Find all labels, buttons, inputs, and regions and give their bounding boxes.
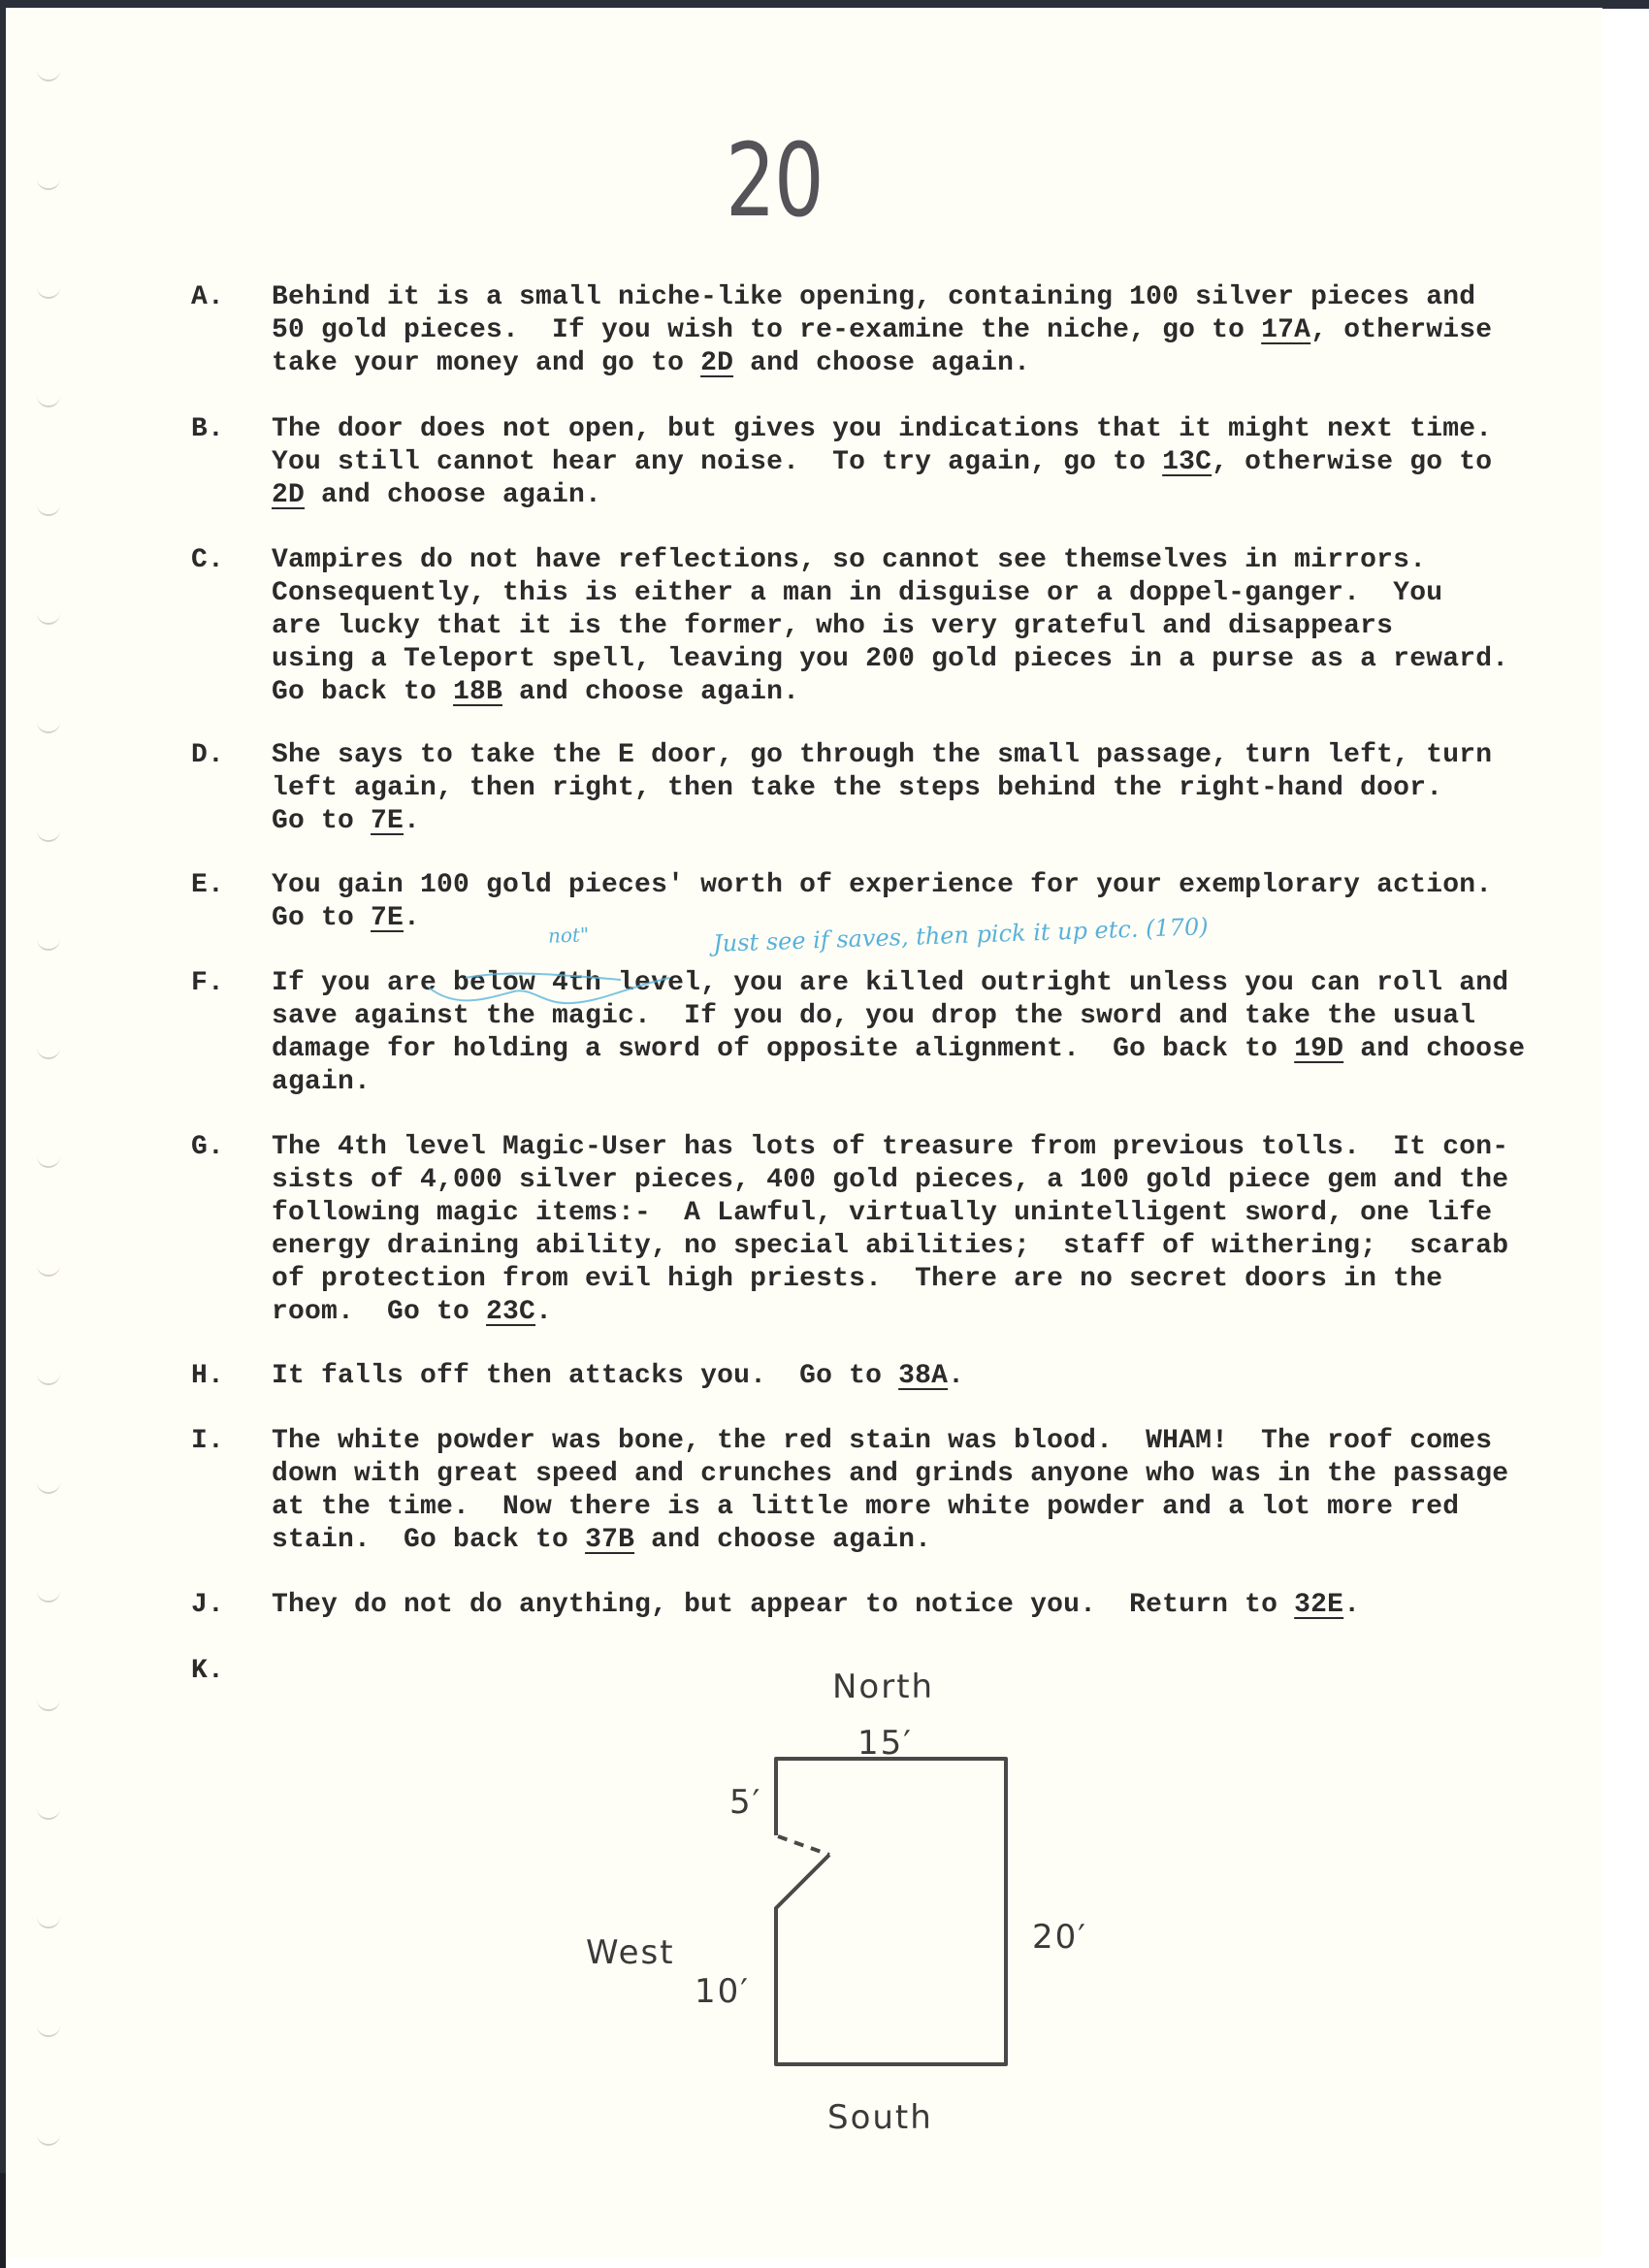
- entry-label: F.: [191, 967, 249, 1000]
- text-line: The white powder was bone, the red stain…: [272, 1425, 1562, 1458]
- text-line: energy draining ability, no special abil…: [272, 1230, 1562, 1263]
- binding-hole: [37, 177, 60, 190]
- text-line: following magic items:- A Lawful, virtua…: [272, 1197, 1562, 1230]
- entry-label: C.: [191, 544, 249, 577]
- entry-label: J.: [191, 1589, 249, 1622]
- text-line: 50 gold pieces. If you wish to re-examin…: [272, 314, 1562, 347]
- entry-text: The door does not open, but gives you in…: [272, 413, 1562, 512]
- pen-scribble-icon: [427, 970, 679, 1019]
- text-line: damage for holding a sword of opposite a…: [272, 1033, 1562, 1066]
- page-number: 20: [726, 130, 804, 231]
- text-line: Consequently, this is either a man in di…: [272, 577, 1562, 610]
- text-line: using a Teleport spell, leaving you 200 …: [272, 643, 1562, 676]
- text-line: again.: [272, 1066, 1562, 1099]
- section-reference-link[interactable]: 7E: [371, 903, 404, 933]
- entry-text: She says to take the E door, go through …: [272, 739, 1562, 838]
- text-line: are lucky that it is the former, who is …: [272, 610, 1562, 643]
- section-reference-link[interactable]: 37B: [585, 1525, 634, 1555]
- south-label: South: [827, 2101, 933, 2134]
- lower-left-dimension: 10′: [695, 1975, 750, 2008]
- text-line: You gain 100 gold pieces' worth of exper…: [272, 869, 1562, 902]
- binding-hole: [37, 828, 60, 842]
- section-reference-link[interactable]: 19D: [1294, 1034, 1343, 1064]
- scan-bottom-edge: [0, 2257, 1649, 2268]
- section-reference-link[interactable]: 17A: [1261, 315, 1310, 345]
- section-reference-link[interactable]: 18B: [453, 677, 502, 707]
- binding-hole: [37, 1698, 60, 1711]
- text-line: left again, then right, then take the st…: [272, 772, 1562, 805]
- entry-label: K.: [191, 1655, 249, 1688]
- section-reference-link[interactable]: 2D: [700, 348, 733, 378]
- entry-label: D.: [191, 739, 249, 772]
- text-line: They do not do anything, but appear to n…: [272, 1589, 1562, 1622]
- binding-hole: [37, 1915, 60, 1928]
- west-label: West: [586, 1936, 675, 1969]
- binding-hole: [37, 1589, 60, 1603]
- section-reference-link[interactable]: 7E: [371, 806, 404, 836]
- binding-hole: [37, 1480, 60, 1494]
- text-line: The door does not open, but gives you in…: [272, 413, 1562, 446]
- text-line: at the time. Now there is a little more …: [272, 1491, 1562, 1524]
- section-reference-link[interactable]: 32E: [1294, 1590, 1343, 1620]
- section-reference-link[interactable]: 2D: [272, 480, 305, 510]
- entry-label: B.: [191, 413, 249, 446]
- binding-hole: [37, 1372, 60, 1385]
- handwritten-mark: not": [548, 923, 590, 947]
- section-reference-link[interactable]: 13C: [1162, 447, 1212, 477]
- text-line: sists of 4,000 silver pieces, 400 gold p…: [272, 1164, 1562, 1197]
- binding-hole: [37, 502, 60, 516]
- text-line: Vampires do not have reflections, so can…: [272, 544, 1562, 577]
- text-line: down with great speed and crunches and g…: [272, 1458, 1562, 1491]
- entry-label: A.: [191, 281, 249, 314]
- text-line: She says to take the E door, go through …: [272, 739, 1562, 772]
- text-line: Behind it is a small niche-like opening,…: [272, 281, 1562, 314]
- entry-label: G.: [191, 1131, 249, 1164]
- entry-label: I.: [191, 1425, 249, 1458]
- text-line: 2D and choose again.: [272, 479, 1562, 512]
- north-label: North: [832, 1670, 934, 1703]
- binding-hole: [37, 1806, 60, 1820]
- binding-hole: [37, 394, 60, 407]
- binding-hole: [37, 1263, 60, 1277]
- text-line: Go to 7E.: [272, 805, 1562, 838]
- binding-hole: [37, 285, 60, 299]
- entry-text: Behind it is a small niche-like opening,…: [272, 281, 1562, 380]
- binding-hole: [37, 1154, 60, 1168]
- entry-text: Vampires do not have reflections, so can…: [272, 544, 1562, 709]
- top-dimension: 15′: [857, 1727, 913, 1760]
- text-line: room. Go to 23C.: [272, 1296, 1562, 1329]
- upper-left-dimension: 5′: [729, 1786, 761, 1819]
- scan-corner-shadow: [0, 2173, 6, 2268]
- entry-label: H.: [191, 1360, 249, 1393]
- entry-text: The white powder was bone, the red stain…: [272, 1425, 1562, 1557]
- binding-hole: [37, 937, 60, 951]
- text-line: The 4th level Magic-User has lots of tre…: [272, 1131, 1562, 1164]
- text-line: Go back to 18B and choose again.: [272, 676, 1562, 709]
- entry-label: E.: [191, 869, 249, 902]
- binding-hole: [37, 1046, 60, 1059]
- text-line: You still cannot hear any noise. To try …: [272, 446, 1562, 479]
- entry-text: The 4th level Magic-User has lots of tre…: [272, 1131, 1562, 1329]
- entry-text: They do not do anything, but appear to n…: [272, 1589, 1562, 1622]
- section-reference-link[interactable]: 38A: [898, 1361, 948, 1391]
- binding-hole: [37, 720, 60, 733]
- text-line: It falls off then attacks you. Go to 38A…: [272, 1360, 1562, 1393]
- binding-hole: [37, 611, 60, 625]
- binding-hole: [37, 2132, 60, 2146]
- text-line: take your money and go to 2D and choose …: [272, 347, 1562, 380]
- section-reference-link[interactable]: 23C: [486, 1297, 535, 1327]
- text-line: of protection from evil high priests. Th…: [272, 1263, 1562, 1296]
- right-dimension: 20′: [1032, 1921, 1087, 1954]
- binding-hole: [37, 68, 60, 81]
- text-line: stain. Go back to 37B and choose again.: [272, 1524, 1562, 1557]
- binding-hole: [37, 2024, 60, 2037]
- entry-text: It falls off then attacks you. Go to 38A…: [272, 1360, 1562, 1393]
